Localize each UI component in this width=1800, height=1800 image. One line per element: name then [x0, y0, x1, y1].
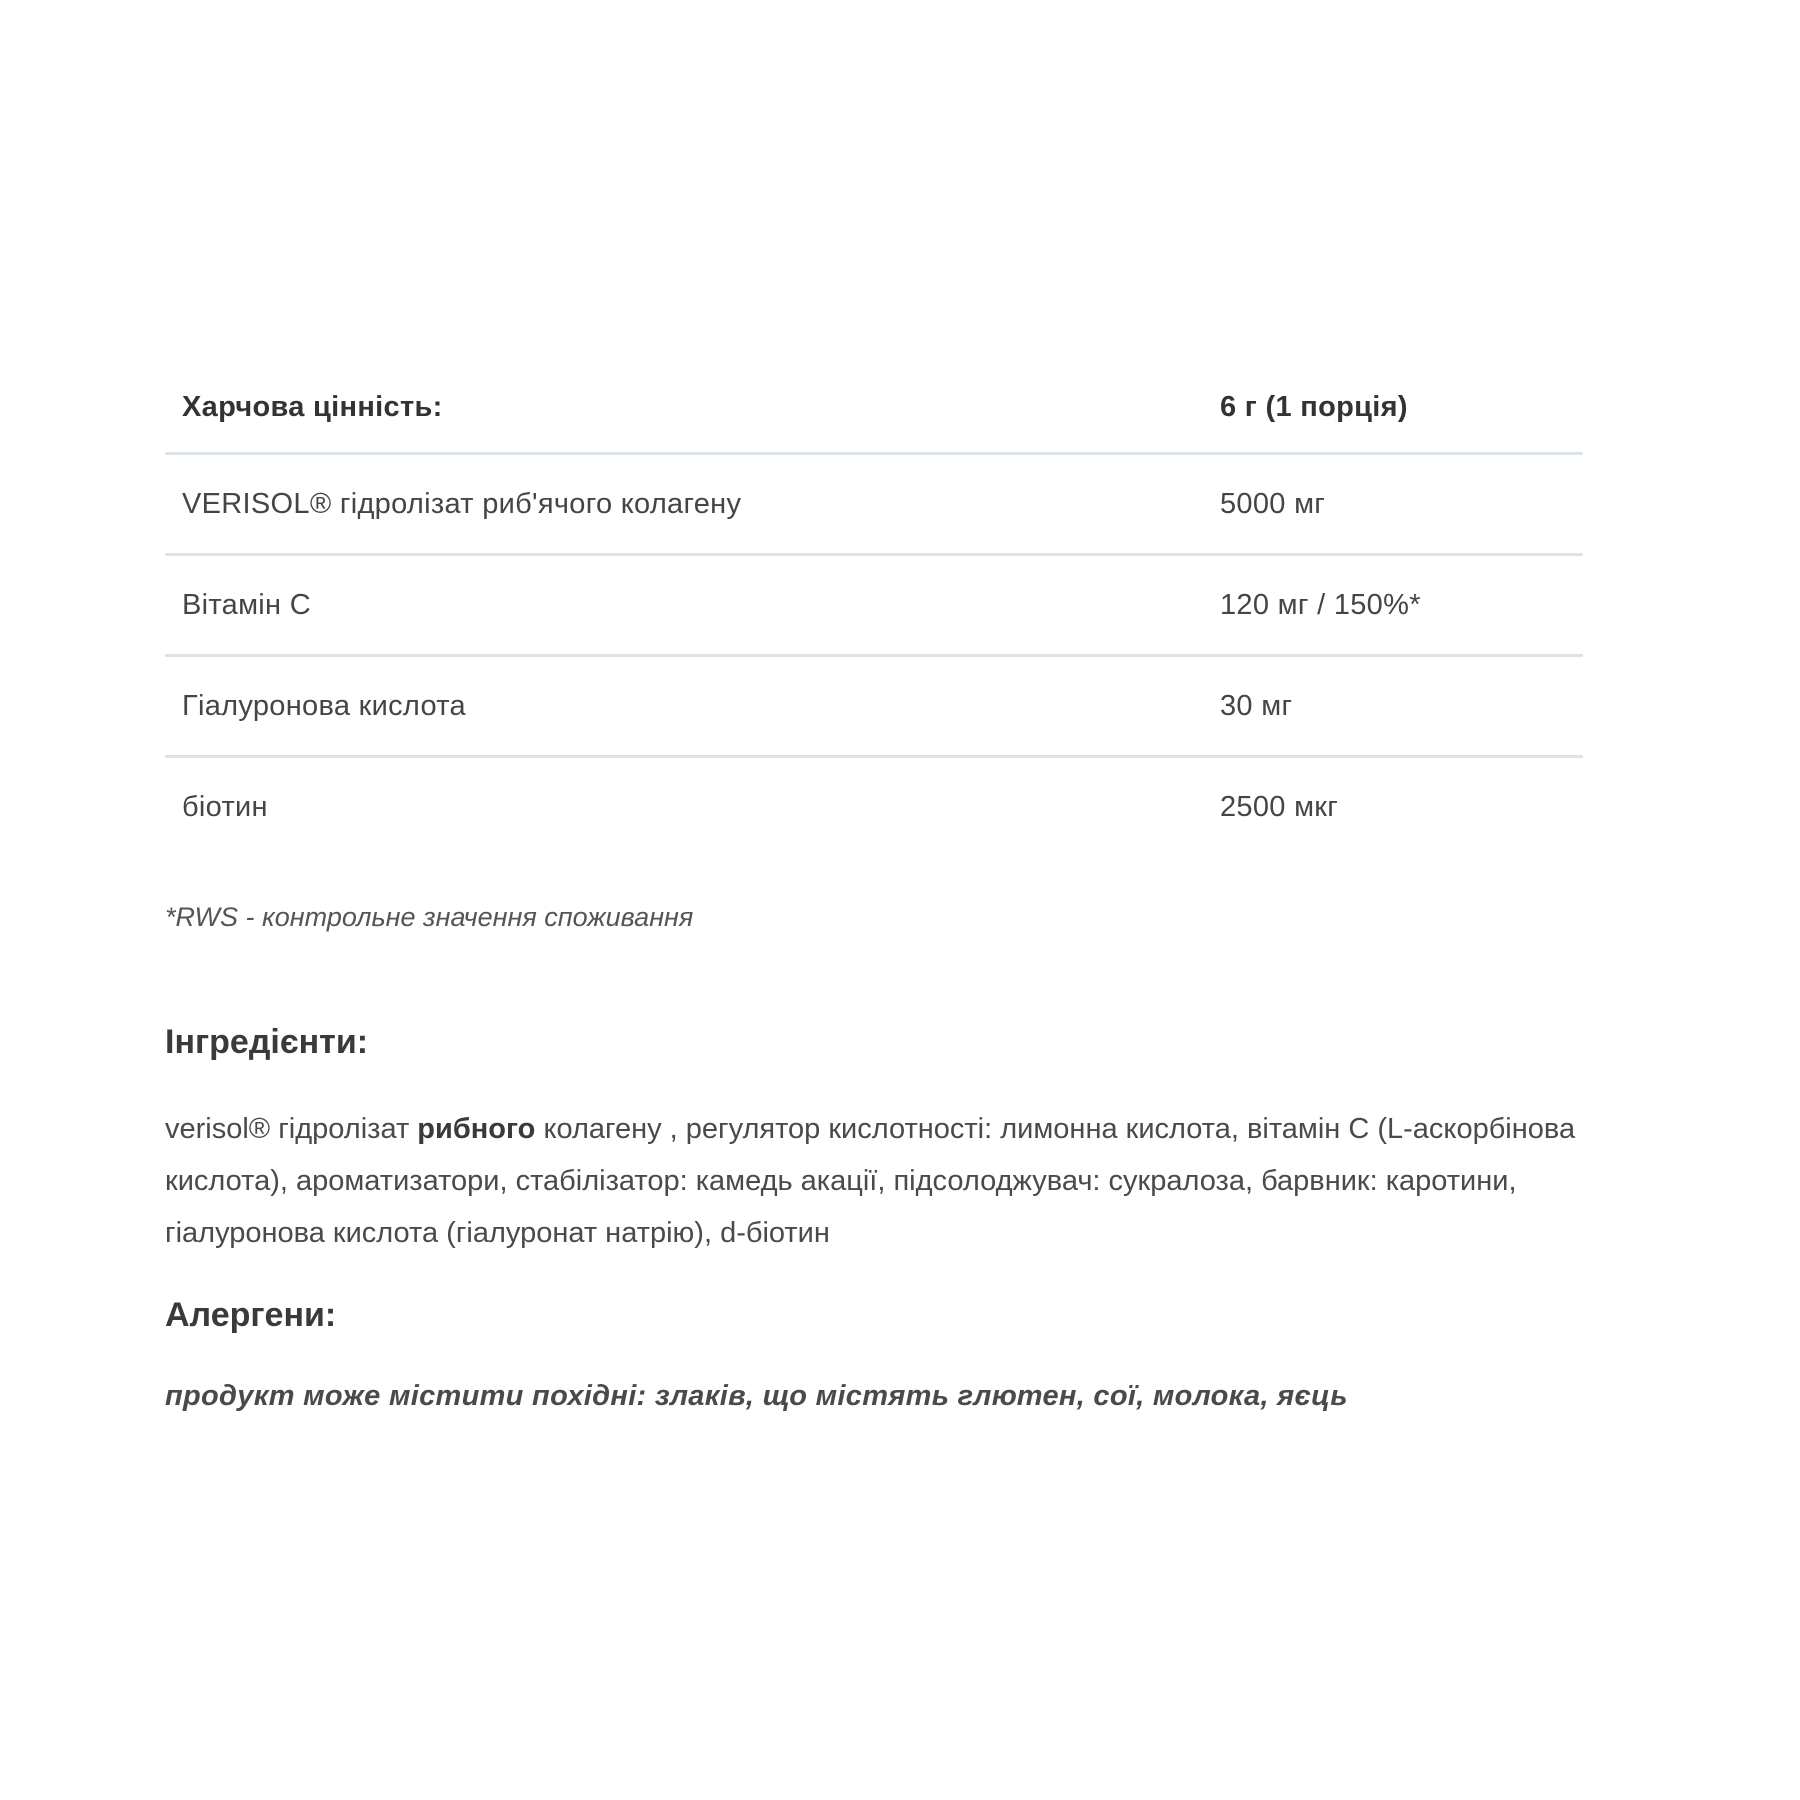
nutrient-name: Гіалуронова кислота — [165, 656, 1203, 757]
nutrient-name: VERISOL® гідролізат риб'ячого колагену — [165, 454, 1203, 555]
nutrient-name: біотин — [165, 757, 1203, 857]
ingredients-bold-word: рибного — [417, 1113, 535, 1145]
ingredients-text: verisol® гідролізат рибного колагену , р… — [165, 1103, 1583, 1259]
nutrient-amount: 30 мг — [1203, 656, 1583, 757]
table-row: біотин 2500 мкг — [165, 757, 1583, 857]
table-row: Гіалуронова кислота 30 мг — [165, 656, 1583, 757]
nutrient-amount: 2500 мкг — [1203, 757, 1583, 857]
nutrition-header-serving: 6 г (1 порція) — [1203, 362, 1583, 454]
table-row: Вітамін С 120 мг / 150%* — [165, 555, 1583, 656]
nutrition-table: Харчова цінність: 6 г (1 порція) VERISOL… — [165, 362, 1583, 856]
rws-footnote: *RWS - контрольне значення споживання — [165, 902, 693, 933]
nutrient-amount: 120 мг / 150%* — [1203, 555, 1583, 656]
ingredients-text-start: verisol® гідролізат — [165, 1113, 417, 1145]
nutrient-amount: 5000 мг — [1203, 454, 1583, 555]
nutrition-header-row: Харчова цінність: 6 г (1 порція) — [165, 362, 1583, 454]
allergens-heading: Алергени: — [165, 1296, 336, 1335]
allergens-text: продукт може містити похідні: злаків, що… — [165, 1380, 1348, 1413]
nutrition-header-label: Харчова цінність: — [165, 362, 1203, 454]
table-row: VERISOL® гідролізат риб'ячого колагену 5… — [165, 454, 1583, 555]
nutrient-name: Вітамін С — [165, 555, 1203, 656]
ingredients-heading: Інгредієнти: — [165, 1023, 368, 1062]
